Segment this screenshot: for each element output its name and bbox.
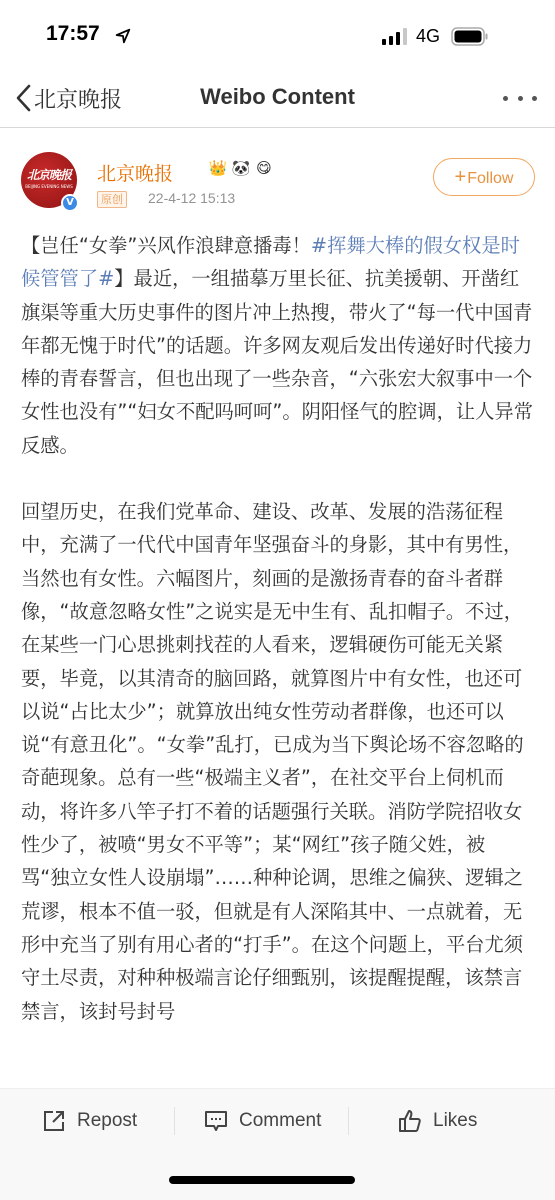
home-indicator[interactable] xyxy=(169,1176,355,1184)
follow-button[interactable]: +Follow xyxy=(433,158,535,196)
divider xyxy=(174,1107,175,1135)
likes-button[interactable]: Likes xyxy=(398,1103,477,1139)
comment-icon xyxy=(204,1109,228,1133)
panda-badge-icon[interactable]: 🐼 xyxy=(231,158,251,178)
more-dots-icon xyxy=(518,96,523,101)
post-paragraph: 回望历史，在我们党革命、建设、改革、发展的浩荡征程中，充满了一代代中国青年坚强奋… xyxy=(21,495,533,1028)
status-time: 17:57 xyxy=(46,22,100,46)
battery-icon xyxy=(451,27,489,46)
author-name[interactable]: 北京晚报 xyxy=(97,159,173,186)
avatar-logo-subtext: BEIJING EVENING NEWS xyxy=(23,184,75,189)
network-type: 4G xyxy=(416,26,440,47)
divider xyxy=(348,1107,349,1135)
comment-label: Comment xyxy=(239,1110,321,1132)
more-dots-icon xyxy=(532,96,537,101)
plus-icon: + xyxy=(455,166,467,188)
emoji-badge-icon[interactable]: 😋 xyxy=(254,158,274,178)
avatar-logo-text: 北京晚报 xyxy=(23,166,75,183)
post-text: 回望历史，在我们党革命、建设、改革、发展的浩荡征程中，充满了一代代中国青年坚强奋… xyxy=(21,500,524,1022)
page-title: Weibo Content xyxy=(0,84,555,110)
repost-label: Repost xyxy=(77,1110,137,1132)
repost-icon xyxy=(42,1109,66,1133)
post-body: 【岂任“女拳”兴风作浪肆意播毒！#挥舞大棒的假女权是时候管管了#】最近，一组描摹… xyxy=(21,229,533,1089)
status-bar: 17:57 4G xyxy=(0,0,555,70)
more-dots-icon xyxy=(503,96,508,101)
post-text: 】最近，一组描摹万里长征、抗美援朝、开凿红旗渠等重大历史事件的图片冲上热搜，带火… xyxy=(21,267,533,456)
comment-button[interactable]: Comment xyxy=(204,1103,321,1139)
signal-icon xyxy=(382,28,408,45)
post-header: 北京晚报 BEIJING EVENING NEWS V 北京晚报 👑 🐼 😋 原… xyxy=(0,145,555,217)
repost-button[interactable]: Repost xyxy=(42,1103,137,1139)
nav-bar: 北京晚报 Weibo Content xyxy=(0,70,555,128)
follow-label: Follow xyxy=(467,170,513,187)
thumbs-up-icon xyxy=(398,1109,422,1133)
post-paragraph: 【岂任“女拳”兴风作浪肆意播毒！#挥舞大棒的假女权是时候管管了#】最近，一组描摹… xyxy=(21,229,533,462)
original-tag: 原创 xyxy=(97,191,127,208)
location-arrow-icon xyxy=(114,27,132,45)
more-button[interactable] xyxy=(503,96,537,104)
post-headline: 【岂任“女拳”兴风作浪肆意播毒！ xyxy=(21,234,311,257)
crown-badge-icon[interactable]: 👑 xyxy=(208,158,228,178)
author-badges: 👑 🐼 😋 xyxy=(208,158,274,178)
likes-label: Likes xyxy=(433,1110,477,1132)
post-timestamp: 22-4-12 15:13 xyxy=(148,190,235,206)
verified-badge-icon: V xyxy=(61,194,79,212)
